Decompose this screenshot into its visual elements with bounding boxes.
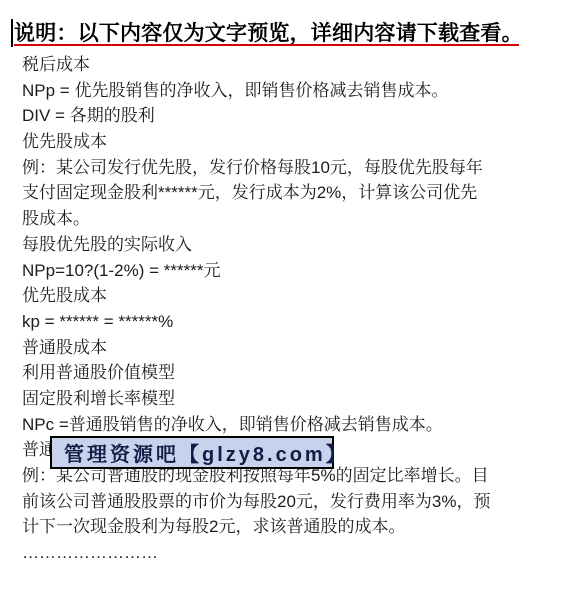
text-line: 股成本。 (22, 206, 567, 232)
text-line: 固定股利增长率模型 (22, 386, 567, 412)
glzy8-watermark-badge[interactable]: 管理资源吧【glzy8.com】 (50, 436, 334, 469)
text-line: 前该公司普通股股票的市价为每股20元，发行费用率为3%，预 (22, 489, 567, 515)
text-line: NPc =普通股销售的净收入，即销售价格减去销售成本。 (22, 412, 567, 438)
text-line: DIV = 各期的股利 (22, 103, 567, 129)
text-line: 例：某公司发行优先股，发行价格每股10元，每股优先股每年 (22, 155, 567, 181)
text-line: 计下一次现金股利为每股2元，求该普通股的成本。 (22, 514, 567, 540)
text-line: 支付固定现金股利******元，发行成本为2%，计算该公司优先 (22, 180, 567, 206)
text-line: 普通股成本 (22, 335, 567, 361)
document-body-text: 税后成本 NPp = 优先股销售的净收入，即销售价格减去销售成本。 DIV = … (22, 52, 567, 566)
text-line: NPp = 优先股销售的净收入，即销售价格减去销售成本。 (22, 78, 567, 104)
document-preview-page: 说明：以下内容仅为文字预览，详细内容请下载查看。 税后成本 NPp = 优先股销… (0, 0, 578, 600)
text-cursor (11, 19, 13, 47)
text-line: 每股优先股的实际收入 (22, 232, 567, 258)
text-line: 优先股成本 (22, 129, 567, 155)
preview-notice-title: 说明：以下内容仅为文字预览，详细内容请下载查看。 (14, 17, 523, 47)
text-line: 利用普通股价值模型 (22, 360, 567, 386)
red-underline (14, 44, 519, 46)
text-line: kp = ****** = ******% (22, 309, 567, 335)
text-line: NPp=10?(1-2%) = ******元 (22, 258, 567, 284)
text-line: …………………… (22, 540, 567, 566)
text-line: 税后成本 (22, 52, 567, 78)
text-line: 优先股成本 (22, 283, 567, 309)
